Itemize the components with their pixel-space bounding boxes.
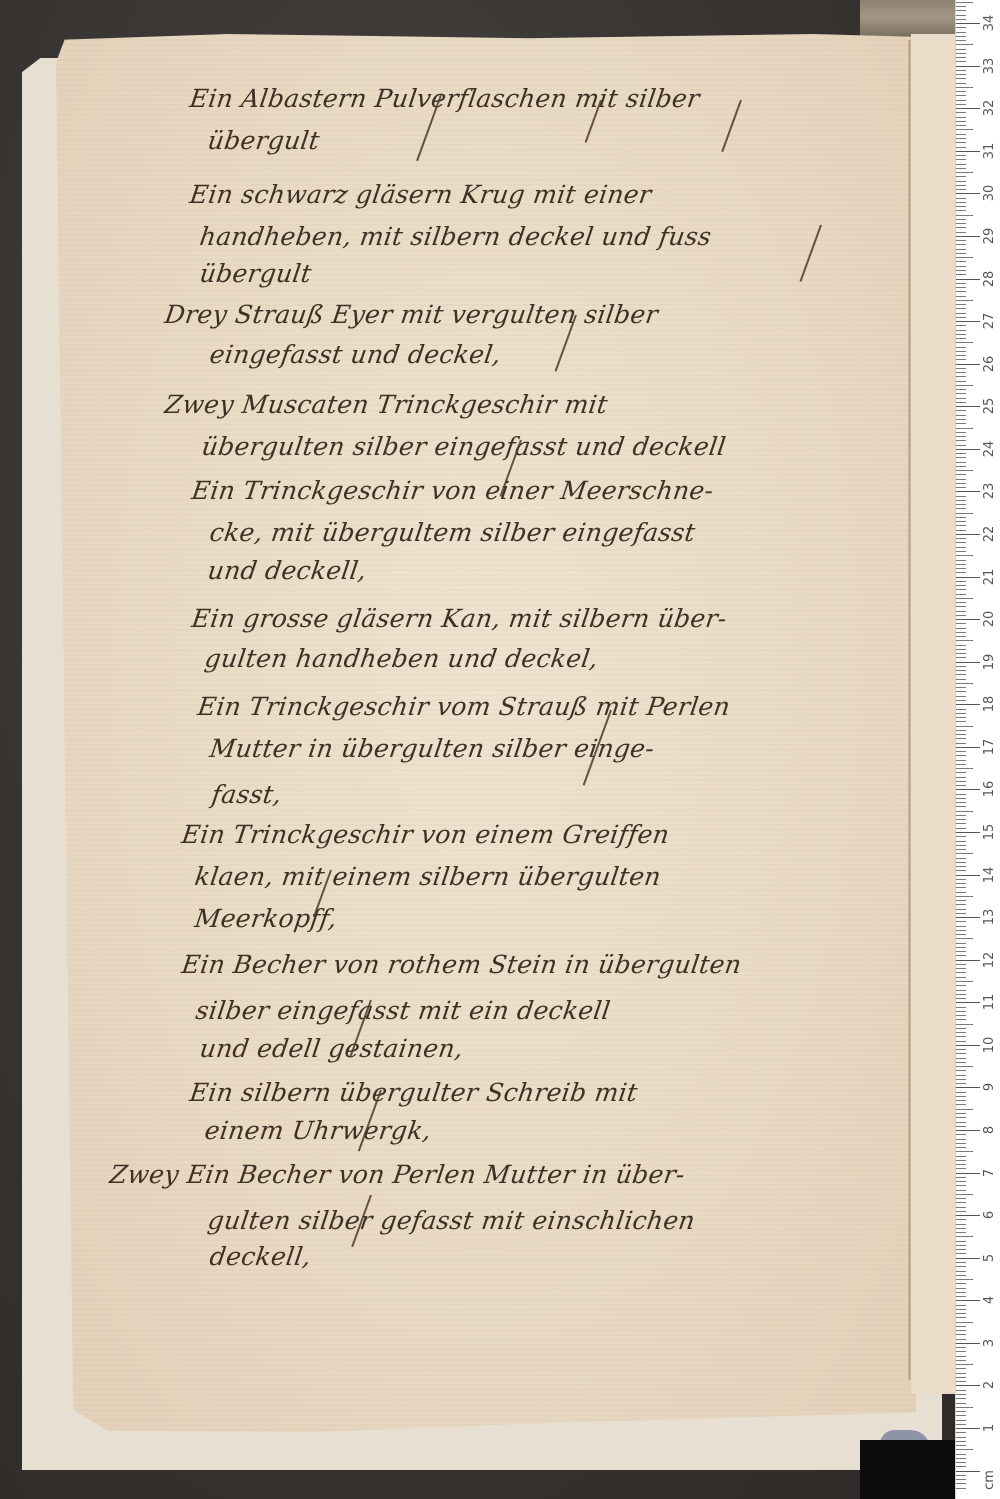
ruler-tick <box>956 274 966 275</box>
ruler-tick <box>956 372 966 373</box>
ruler-tick <box>956 36 966 37</box>
ruler-tick <box>956 342 973 343</box>
ruler-tick <box>956 594 966 595</box>
ruler-tick <box>956 321 980 322</box>
ruler-tick <box>956 185 966 186</box>
ruler-tick <box>956 1292 966 1293</box>
ruler-tick <box>956 640 973 641</box>
ruler-tick <box>956 236 980 237</box>
ruler-tick <box>956 819 966 820</box>
ruler-tick <box>956 1339 966 1340</box>
ruler-tick <box>956 462 966 463</box>
ruler-tick <box>956 551 966 552</box>
ruler-tick <box>956 189 966 190</box>
ruler-tick <box>956 1471 980 1472</box>
ruler-tick <box>956 142 966 143</box>
ruler-label: 29 <box>980 226 1000 246</box>
ruler-tick <box>956 755 966 756</box>
ruler-label: 33 <box>980 56 1000 76</box>
ruler-tick <box>956 1390 966 1391</box>
manuscript-text: Ein Albastern Pulverflaschen mit silber … <box>0 0 955 1499</box>
ruler-tick <box>956 636 966 637</box>
ruler-tick <box>956 1411 966 1412</box>
ruler-label: 20 <box>980 609 1000 629</box>
ruler-tick <box>956 721 966 722</box>
ruler-tick <box>956 232 966 233</box>
ruler-tick <box>956 402 966 403</box>
entry-11-line-3: deckell, <box>208 1242 313 1271</box>
ruler-tick <box>956 1024 973 1025</box>
ruler-tick <box>956 1300 980 1301</box>
ruler-tick <box>956 1313 966 1314</box>
ruler-tick <box>956 155 966 156</box>
ruler-tick <box>956 858 966 859</box>
ruler-tick <box>956 534 980 535</box>
ruler-tick <box>956 568 966 569</box>
ruler-tick <box>956 74 966 75</box>
ruler-tick <box>956 1275 966 1276</box>
ruler-tick <box>956 1241 966 1242</box>
ruler-tick <box>956 960 980 961</box>
entry-1-line-1: Ein Albastern Pulverflaschen mit silber <box>188 84 702 113</box>
ruler-tick <box>956 1288 966 1289</box>
ruler-tick <box>956 525 966 526</box>
entry-3-line-2: eingefasst und deckel, <box>208 340 503 369</box>
ruler-tick <box>956 777 966 778</box>
ruler-tick <box>956 266 966 267</box>
ruler-tick <box>956 355 966 356</box>
ruler-tick <box>956 1428 980 1429</box>
ruler-tick <box>956 78 966 79</box>
ruler-tick <box>956 772 966 773</box>
ruler-tick <box>956 977 966 978</box>
ruler-tick <box>956 649 966 650</box>
entry-11-line-2: gulten silber gefasst mit einschlichen <box>206 1206 697 1235</box>
ruler-tick <box>956 1109 973 1110</box>
ruler-label: 11 <box>980 992 1000 1012</box>
ruler-tick <box>956 428 973 429</box>
ruler-tick <box>956 747 980 748</box>
ruler-tick <box>956 1224 966 1225</box>
ruler-tick <box>956 57 966 58</box>
ruler-tick <box>956 904 966 905</box>
ruler-tick <box>956 1385 980 1386</box>
ruler-tick <box>956 159 966 160</box>
ruler-tick <box>956 134 966 135</box>
ruler-tick <box>956 598 973 599</box>
ruler-tick <box>956 419 966 420</box>
ruler-tick <box>956 1139 966 1140</box>
ruler-tick <box>956 789 980 790</box>
ruler-tick <box>956 1415 966 1416</box>
ruler-label: 12 <box>980 950 1000 970</box>
ruler-tick <box>956 500 966 501</box>
ruler-tick <box>956 926 966 927</box>
ruler-tick <box>956 743 966 744</box>
ruler-tick <box>956 27 966 28</box>
ruler-tick <box>956 781 966 782</box>
ruler-tick <box>956 1045 980 1046</box>
ruler-tick <box>956 1441 966 1442</box>
ruler-tick <box>956 415 966 416</box>
ruler-label: 3 <box>980 1333 1000 1353</box>
ruler-tick <box>956 253 966 254</box>
ruler-tick <box>956 1279 973 1280</box>
ruler-tick <box>956 1236 973 1237</box>
ruler-tick <box>956 547 966 548</box>
ruler-label: 6 <box>980 1205 1000 1225</box>
ruler-tick <box>956 1070 966 1071</box>
ruler-label: 25 <box>980 396 1000 416</box>
ruler-tick <box>956 445 966 446</box>
ruler-tick <box>956 691 966 692</box>
ruler-tick <box>956 10 966 11</box>
ruler-label: 22 <box>980 524 1000 544</box>
ruler-tick <box>956 440 966 441</box>
ruler-tick <box>956 687 966 688</box>
ruler-tick <box>956 1198 966 1199</box>
ruler-tick <box>956 129 973 130</box>
ruler-tick <box>956 1032 966 1033</box>
ruler-tick <box>956 734 966 735</box>
ruler-tick <box>956 585 966 586</box>
ruler-tick <box>956 202 966 203</box>
ruler-tick <box>956 406 980 407</box>
ruler-tick <box>956 1219 966 1220</box>
ruler-tick <box>956 943 966 944</box>
ruler-tick <box>956 83 966 84</box>
ruler-tick <box>956 611 966 612</box>
ruler-tick <box>956 1015 966 1016</box>
entry-2-line-2: handheben, mit silbern deckel und fuss <box>198 222 713 251</box>
ruler-tick <box>956 679 966 680</box>
ruler-tick <box>956 887 966 888</box>
ruler-tick <box>956 662 980 663</box>
ruler-tick <box>956 564 966 565</box>
ruler-tick <box>956 432 966 433</box>
ruler-tick <box>956 1462 966 1463</box>
ruler-tick <box>956 410 966 411</box>
entry-11-line-1: Zwey Ein Becher von Perlen Mutter in übe… <box>108 1160 687 1189</box>
ruler-tick <box>956 1343 980 1344</box>
ruler-tick <box>956 785 966 786</box>
ruler-tick <box>956 393 966 394</box>
ruler-tick <box>956 883 966 884</box>
ruler-tick <box>956 1194 973 1195</box>
ruler-tick <box>956 1347 966 1348</box>
ruler-label: 9 <box>980 1077 1000 1097</box>
ruler-tick <box>956 836 966 837</box>
ruler-tick <box>956 802 966 803</box>
ruler-tick <box>956 398 966 399</box>
ruler-tick <box>956 1147 966 1148</box>
ruler-tick <box>956 606 966 607</box>
ruler-tick <box>956 1483 966 1484</box>
ruler-tick <box>956 1309 966 1310</box>
ruler-label: 16 <box>980 779 1000 799</box>
ruler-tick <box>956 1087 980 1088</box>
ruler-tick <box>956 1100 966 1101</box>
ruler-tick <box>956 964 966 965</box>
ruler-tick <box>956 1360 966 1361</box>
ruler-tick <box>956 1126 966 1127</box>
ruler-tick <box>956 261 966 262</box>
ruler-tick <box>956 1334 966 1335</box>
ruler-tick <box>956 730 966 731</box>
ruler-tick <box>956 1488 966 1489</box>
entry-9-line-2: silber eingefasst mit ein deckell <box>194 996 612 1025</box>
ruler-tick <box>956 934 966 935</box>
ruler-tick <box>956 811 973 812</box>
ruler-tick <box>956 1113 966 1114</box>
ruler-tick <box>956 832 980 833</box>
ruler-tick <box>956 176 966 177</box>
ruler-label: 26 <box>980 354 1000 374</box>
ruler-tick <box>956 623 966 624</box>
ruler-tick <box>956 896 973 897</box>
entry-10-line-1: Ein silbern übergulter Schreib mit <box>188 1078 640 1107</box>
ruler-tick <box>956 930 966 931</box>
ruler-label: 31 <box>980 141 1000 161</box>
ruler-label: 7 <box>980 1163 1000 1183</box>
ruler-tick <box>956 653 966 654</box>
ruler-tick <box>956 542 966 543</box>
ruler-tick <box>956 1454 966 1455</box>
ruler-label: 1 <box>980 1418 1000 1438</box>
ruler-tick <box>956 304 966 305</box>
ruler-tick <box>956 53 966 54</box>
ruler-label: 14 <box>980 865 1000 885</box>
ruler-tick <box>956 738 966 739</box>
ruler-tick <box>956 23 980 24</box>
ruler-tick <box>956 49 966 50</box>
ruler-tick <box>956 572 966 573</box>
ruler-tick <box>956 1185 966 1186</box>
ruler-tick <box>956 283 966 284</box>
ruler-tick <box>956 1134 966 1135</box>
ruler-tick <box>956 683 973 684</box>
ruler-tick <box>956 470 973 471</box>
ruler-tick <box>956 1262 966 1263</box>
ruler-tick <box>956 15 966 16</box>
entry-2-line-3: übergult <box>198 259 313 288</box>
entry-4-line-2: übergulten silber eingefasst und deckell <box>200 432 728 461</box>
ruler-tick <box>956 619 980 620</box>
ruler-tick <box>956 1403 966 1404</box>
ruler-tick <box>956 121 966 122</box>
ruler-tick <box>956 168 966 169</box>
ruler-tick <box>956 921 966 922</box>
ruler-tick <box>956 1036 966 1037</box>
ruler-tick <box>956 223 966 224</box>
ruler-tick <box>956 1190 966 1191</box>
ruler-label: 10 <box>980 1035 1000 1055</box>
ruler-tick <box>956 2 973 3</box>
ruler-tick <box>956 955 966 956</box>
ruler-tick <box>956 1245 966 1246</box>
ruler-tick <box>956 1266 966 1267</box>
ruler-tick <box>956 1458 966 1459</box>
ruler-tick <box>956 1424 966 1425</box>
ruler-label: 24 <box>980 439 1000 459</box>
ruler-tick <box>956 112 966 113</box>
ruler-tick <box>956 768 973 769</box>
entry-9-line-3: und edell gestainen, <box>198 1034 465 1063</box>
ruler-tick <box>956 300 973 301</box>
ruler-tick <box>956 317 966 318</box>
ruler-tick <box>956 70 966 71</box>
ruler-tick <box>956 240 966 241</box>
ruler-tick <box>956 1377 966 1378</box>
ruler-tick <box>956 1253 966 1254</box>
ruler-tick <box>956 1117 966 1118</box>
ruler-tick <box>956 990 966 991</box>
ruler-tick <box>956 1053 966 1054</box>
ruler-tick <box>956 296 966 297</box>
ruler-tick <box>956 794 966 795</box>
ruler-tick <box>956 1479 966 1480</box>
ruler-label: 8 <box>980 1120 1000 1140</box>
ruler-tick <box>956 1211 966 1212</box>
ruler-tick <box>956 1177 966 1178</box>
ruler-tick <box>956 1143 966 1144</box>
ruler-tick <box>956 1283 966 1284</box>
ruler-tick <box>956 1326 966 1327</box>
ruler-tick <box>956 589 966 590</box>
ruler-tick <box>956 870 966 871</box>
ruler-tick <box>956 1373 966 1374</box>
ruler-tick <box>956 1075 966 1076</box>
ruler-tick <box>956 892 966 893</box>
ruler-tick <box>956 457 966 458</box>
ruler-tick <box>956 334 966 335</box>
ruler-tick <box>956 1202 966 1203</box>
entry-6-line-1: Ein grosse gläsern Kan, mit silbern über… <box>190 604 729 633</box>
ruler-tick <box>956 900 966 901</box>
ruler-tick <box>956 1437 966 1438</box>
ruler-tick <box>956 359 966 360</box>
ruler-tick <box>956 270 966 271</box>
ruler-tick <box>956 95 966 96</box>
ruler-tick <box>956 219 966 220</box>
ruler-tick <box>956 466 966 467</box>
ruler-tick <box>956 244 966 245</box>
ruler-tick <box>956 100 966 101</box>
ruler-tick <box>956 147 966 148</box>
ruler-tick <box>956 330 966 331</box>
ruler-label: 17 <box>980 737 1000 757</box>
ruler-tick <box>956 700 966 701</box>
ruler-tick <box>956 674 966 675</box>
ruler-tick <box>956 1432 966 1433</box>
ruler-tick <box>956 181 966 182</box>
ruler-tick <box>956 381 966 382</box>
ruler-tick <box>956 1368 966 1369</box>
ruler-tick <box>956 1394 966 1395</box>
ruler-tick <box>956 521 966 522</box>
entry-7-line-3: fasst, <box>210 780 284 809</box>
ruler-tick <box>956 1092 966 1093</box>
ruler-tick <box>956 1420 966 1421</box>
ruler-tick <box>956 657 966 658</box>
ruler-tick <box>956 338 966 339</box>
ruler-tick <box>956 1364 973 1365</box>
ruler-tick <box>956 227 966 228</box>
ruler-tick <box>956 198 966 199</box>
ruler-tick <box>956 998 966 999</box>
ruler-tick <box>956 951 966 952</box>
ruler-label: 30 <box>980 183 1000 203</box>
entry-1-line-2: übergult <box>206 126 321 155</box>
ruler-tick <box>956 164 966 165</box>
ruler-tick <box>956 61 966 62</box>
ruler-tick <box>956 806 966 807</box>
ruler-tick <box>956 308 966 309</box>
ruler-tick <box>956 44 973 45</box>
ruler-tick <box>956 504 966 505</box>
entry-3-line-1: Drey Strauß Eyer mit vergulten silber <box>163 300 660 329</box>
ruler-tick <box>956 938 973 939</box>
ruler-tick <box>956 1164 966 1165</box>
ruler-tick <box>956 1407 973 1408</box>
ruler-tick <box>956 985 966 986</box>
ruler-label: 27 <box>980 311 1000 331</box>
ruler-label: 23 <box>980 481 1000 501</box>
ruler-label: 2 <box>980 1375 1000 1395</box>
ruler-tick <box>956 1028 966 1029</box>
ruler-tick <box>956 1062 966 1063</box>
ruler-tick <box>956 1011 966 1012</box>
ruler-tick <box>956 909 966 910</box>
ruler-tick <box>956 1168 966 1169</box>
ruler-tick <box>956 560 966 561</box>
ruler-tick <box>956 947 966 948</box>
ruler-tick <box>956 1356 966 1357</box>
ruler-tick <box>956 1058 966 1059</box>
ruler-tick <box>956 981 973 982</box>
ruler-tick <box>956 517 966 518</box>
ruler-tick <box>956 862 966 863</box>
ruler-tick <box>956 1351 966 1352</box>
ruler-tick <box>956 19 966 20</box>
ruler-tick <box>956 1258 980 1259</box>
ruler-tick <box>956 206 966 207</box>
ruler-tick <box>956 257 973 258</box>
ruler-tick <box>956 313 966 314</box>
ruler-tick <box>956 1445 966 1446</box>
entry-5-line-2: cke, mit übergultem silber eingefasst <box>208 518 697 547</box>
ruler-tick <box>956 1317 966 1318</box>
ruler-tick <box>956 108 980 109</box>
entry-5-line-1: Ein Trinckgeschir von einer Meerschne- <box>190 476 715 505</box>
ruler-tick <box>956 1398 966 1399</box>
ruler-tick <box>956 104 966 105</box>
ruler-tick <box>956 1249 966 1250</box>
ruler-label: 32 <box>980 98 1000 118</box>
ruler-tick <box>956 40 966 41</box>
ruler-tick <box>956 453 966 454</box>
ruler-tick <box>956 972 966 973</box>
ruler-tick <box>956 347 966 348</box>
ruler-tick <box>956 994 966 995</box>
ruler-tick <box>956 325 966 326</box>
ruler-tick <box>956 1002 980 1003</box>
ruler-tick <box>956 555 973 556</box>
ruler-tick <box>956 645 966 646</box>
ruler-tick <box>956 87 973 88</box>
ruler-tick <box>956 1296 966 1297</box>
ruler-tick <box>956 1019 966 1020</box>
